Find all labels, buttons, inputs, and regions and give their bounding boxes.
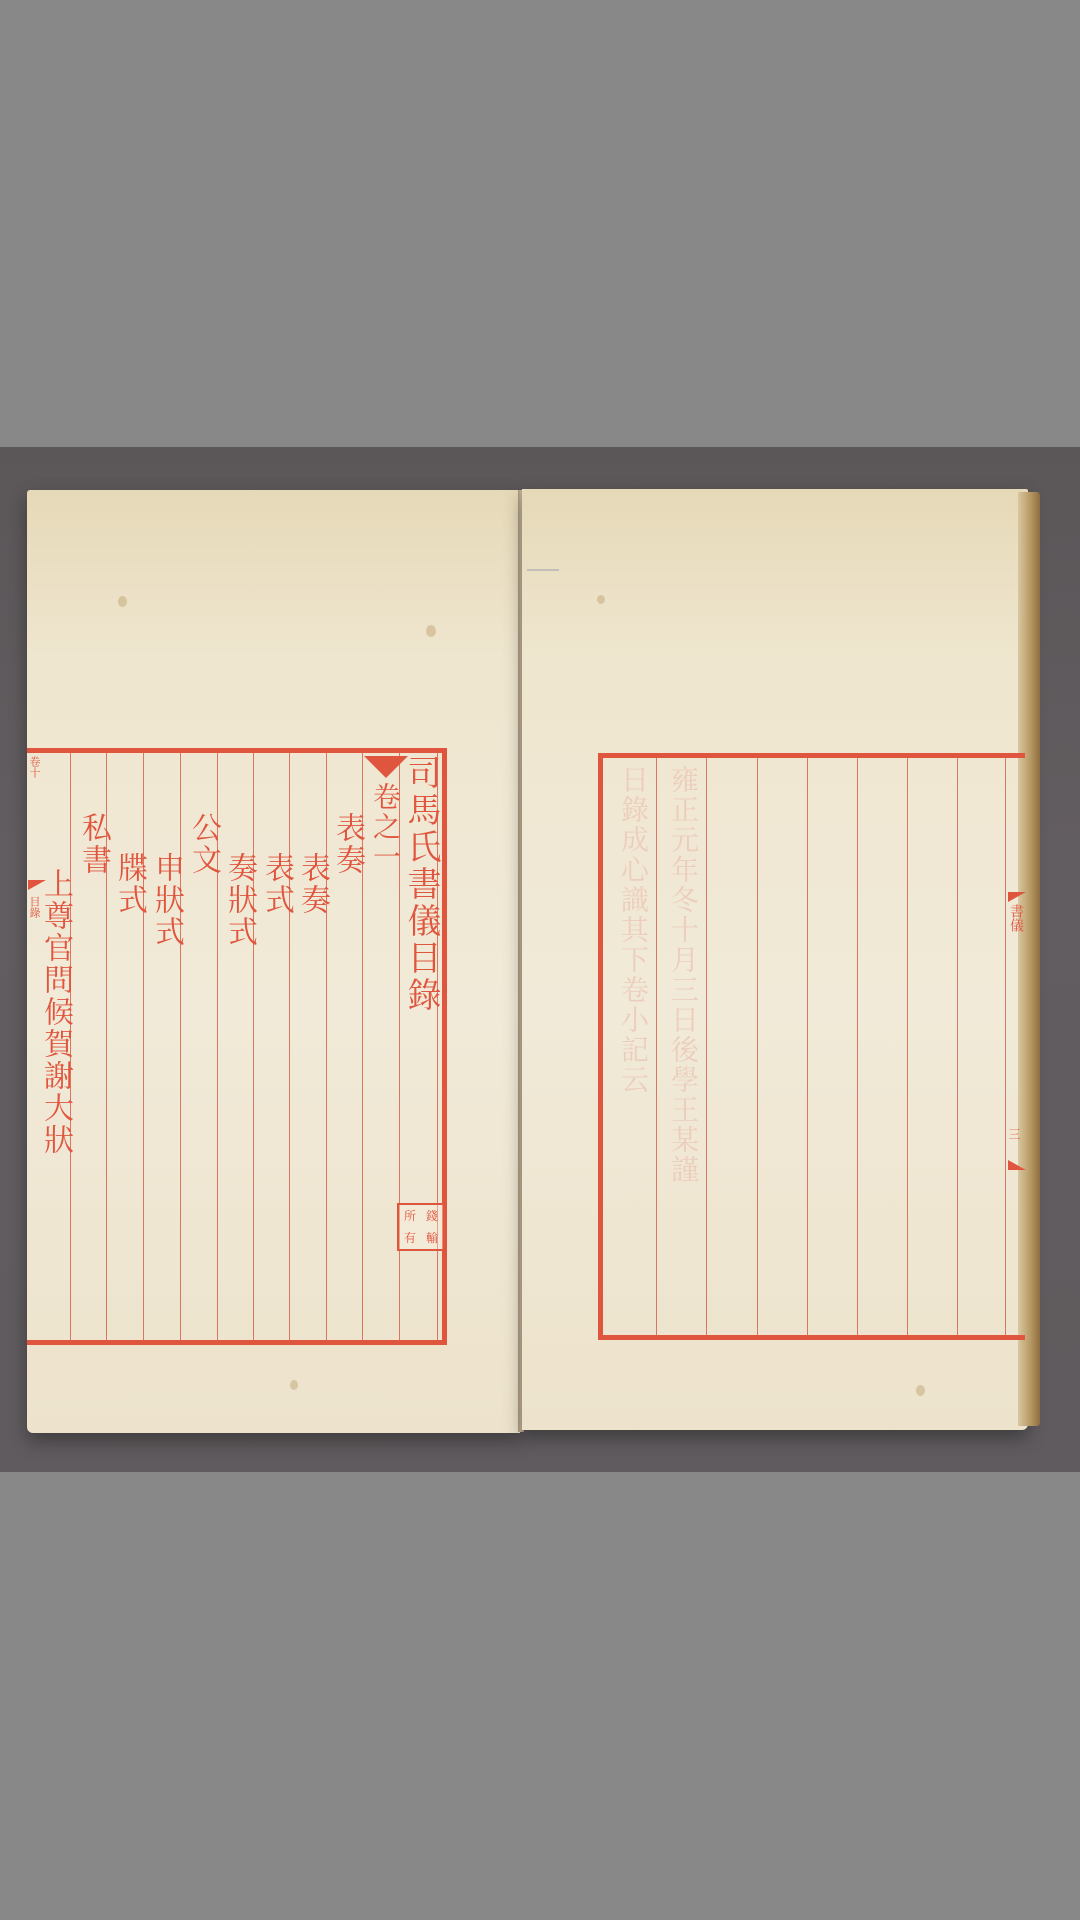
toc-entry-level2: 奏狀式 (222, 852, 256, 948)
margin-note-section: 目錄 (28, 896, 40, 918)
edge-label: 書儀 (1006, 904, 1026, 932)
paper-mark (527, 569, 559, 571)
seal-char: 錢 (421, 1210, 443, 1222)
seal-char: 有 (399, 1232, 421, 1244)
collector-seal: 所 錢 有 輸 (397, 1203, 445, 1251)
toc-entry-level1: 私書 (76, 812, 110, 876)
toc-entry-level2: 表式 (259, 852, 293, 916)
paper-stain (426, 625, 436, 637)
bleed-through-text: 雍正元年冬十月三日後學王某謹 (666, 765, 700, 1185)
fish-tail-ornament-icon (364, 756, 408, 778)
column-rule (180, 752, 181, 1342)
column-rule (143, 752, 144, 1342)
toc-entry-level2: 上尊官問候賀謝大狀 (38, 868, 72, 1156)
column-rule (757, 758, 758, 1338)
fish-tail-mark-icon (28, 880, 46, 890)
column-rule (326, 752, 327, 1342)
letterbox-bottom (0, 1472, 1080, 1920)
toc-entry-level1: 表奏 (330, 812, 364, 876)
column-rule (907, 758, 908, 1338)
bleed-through-text: 日錄成心識其下卷小記云 (616, 765, 650, 1095)
toc-entry-level1: 公文 (186, 812, 220, 876)
column-rule (706, 758, 707, 1338)
toc-entry-level2: 牒式 (112, 852, 146, 916)
volume-marker: 卷之一 (368, 782, 402, 872)
fish-tail-mark-icon (1008, 1160, 1026, 1170)
fish-tail-mark-icon (1008, 892, 1026, 902)
column-rule (289, 752, 290, 1342)
edge-page-number: 三 (1006, 1128, 1023, 1140)
catalog-title: 司馬氏書儀目錄 (402, 755, 440, 1014)
right-page-frame (598, 753, 1025, 1340)
paper-stain (290, 1380, 298, 1390)
toc-entry-level2: 表奏 (295, 852, 329, 916)
column-rule (807, 758, 808, 1338)
toc-entry-level2: 申狀式 (149, 852, 183, 948)
column-rule (253, 752, 254, 1342)
paper-stain (916, 1385, 925, 1396)
paper-stain (597, 595, 605, 604)
margin-note-volume: 卷十 (28, 756, 40, 778)
column-rule (957, 758, 958, 1338)
column-rule (857, 758, 858, 1338)
letterbox-top (0, 0, 1080, 447)
seal-char: 所 (399, 1210, 421, 1222)
seal-char: 輸 (421, 1232, 443, 1244)
paper-stain (118, 596, 127, 607)
column-rule (1005, 758, 1006, 1338)
column-rule (656, 758, 657, 1338)
